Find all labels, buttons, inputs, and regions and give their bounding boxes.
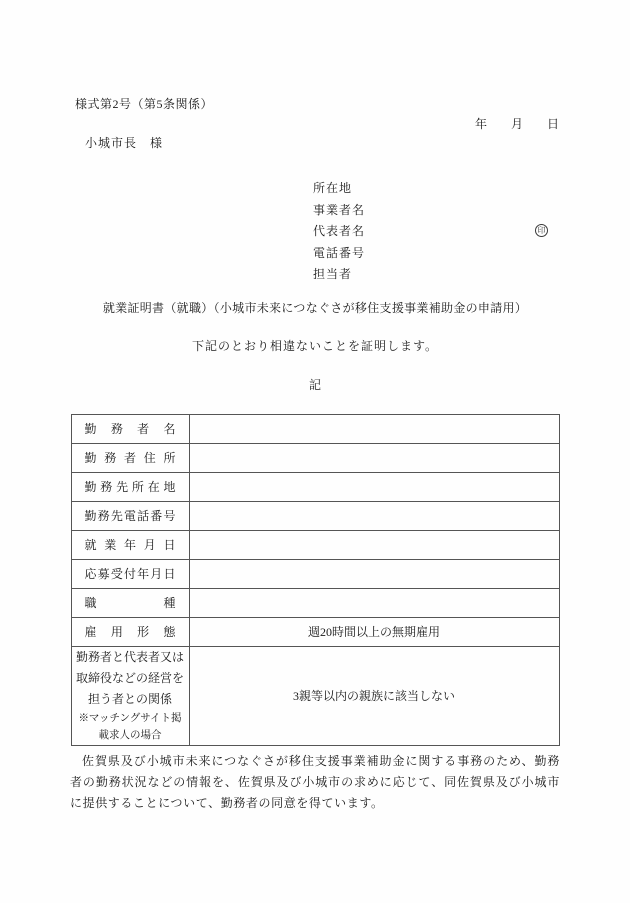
row-label-workplace-location: 勤務先所在地 — [71, 472, 189, 501]
form-number: 様式第2号（第5条関係） — [75, 96, 630, 112]
row-value-employment-type: 週20時間以上の無期雇用 — [189, 617, 559, 646]
row-value-occupation — [189, 588, 559, 617]
table-row: 勤務先電話番号 — [71, 501, 559, 530]
submitter-field-business-name: 事業者名 — [313, 200, 560, 222]
row-label-workplace-phone: 勤務先電話番号 — [71, 501, 189, 530]
row-label-occupation: 職種 — [71, 588, 189, 617]
row-value-relationship: 3親等以内の親族に該当しない — [189, 646, 559, 745]
row-value-workplace-location — [189, 472, 559, 501]
declaration-text: 下記のとおり相違ないことを証明します。 — [0, 338, 630, 354]
row-label-worker-address: 勤務者住所 — [71, 443, 189, 472]
row-value-workplace-phone — [189, 501, 559, 530]
seal-icon: 印 — [535, 224, 548, 237]
table-row: 勤務者と代表者又は 取締役などの経営を 担う者との関係 ※マッチングサイト掲 載… — [71, 646, 559, 745]
table-row: 勤務先所在地 — [71, 472, 559, 501]
table-row: 雇用形態 週20時間以上の無期雇用 — [71, 617, 559, 646]
addressee: 小城市長 様 — [85, 135, 630, 151]
row-value-worker-address — [189, 443, 559, 472]
table-row: 応募受付年月日 — [71, 559, 559, 588]
ki-heading: 記 — [0, 377, 630, 393]
row-value-employment-date — [189, 530, 559, 559]
employment-certificate-table: 勤務者名 勤務者住所 勤務先所在地 勤務先電話番号 就業年月日 応募受付年月日 — [71, 414, 560, 746]
table-row: 勤務者名 — [71, 414, 559, 443]
row-value-application-received-date — [189, 559, 559, 588]
row-label-relationship: 勤務者と代表者又は 取締役などの経営を 担う者との関係 ※マッチングサイト掲 載… — [71, 646, 189, 745]
row-label-employment-date: 就業年月日 — [71, 530, 189, 559]
submitter-field-contact-person: 担当者 — [313, 264, 560, 286]
table-row: 職種 — [71, 588, 559, 617]
table-row: 就業年月日 — [71, 530, 559, 559]
submitter-field-location: 所在地 — [313, 178, 560, 200]
document-page: 様式第2号（第5条関係） 年 月 日 小城市長 様 所在地 事業者名 代表者名 … — [0, 0, 630, 903]
submitter-field-phone-number: 電話番号 — [313, 243, 560, 265]
row-label-employment-type: 雇用形態 — [71, 617, 189, 646]
consent-paragraph: 佐賀県及び小城市未来につなぐさが移住支援事業補助金に関する事務のため、勤務者の勤… — [70, 751, 560, 814]
row-label-worker-name: 勤務者名 — [71, 414, 189, 443]
row-value-worker-name — [189, 414, 559, 443]
date-line: 年 月 日 — [0, 116, 630, 132]
document-title: 就業証明書（就職）（小城市未来につなぐさが移住支援事業補助金の申請用） — [0, 300, 630, 316]
submitter-field-representative-name: 代表者名 — [313, 221, 560, 243]
row-label-application-received-date: 応募受付年月日 — [71, 559, 189, 588]
table-row: 勤務者住所 — [71, 443, 559, 472]
submitter-block: 所在地 事業者名 代表者名 電話番号 担当者 印 — [313, 178, 560, 286]
